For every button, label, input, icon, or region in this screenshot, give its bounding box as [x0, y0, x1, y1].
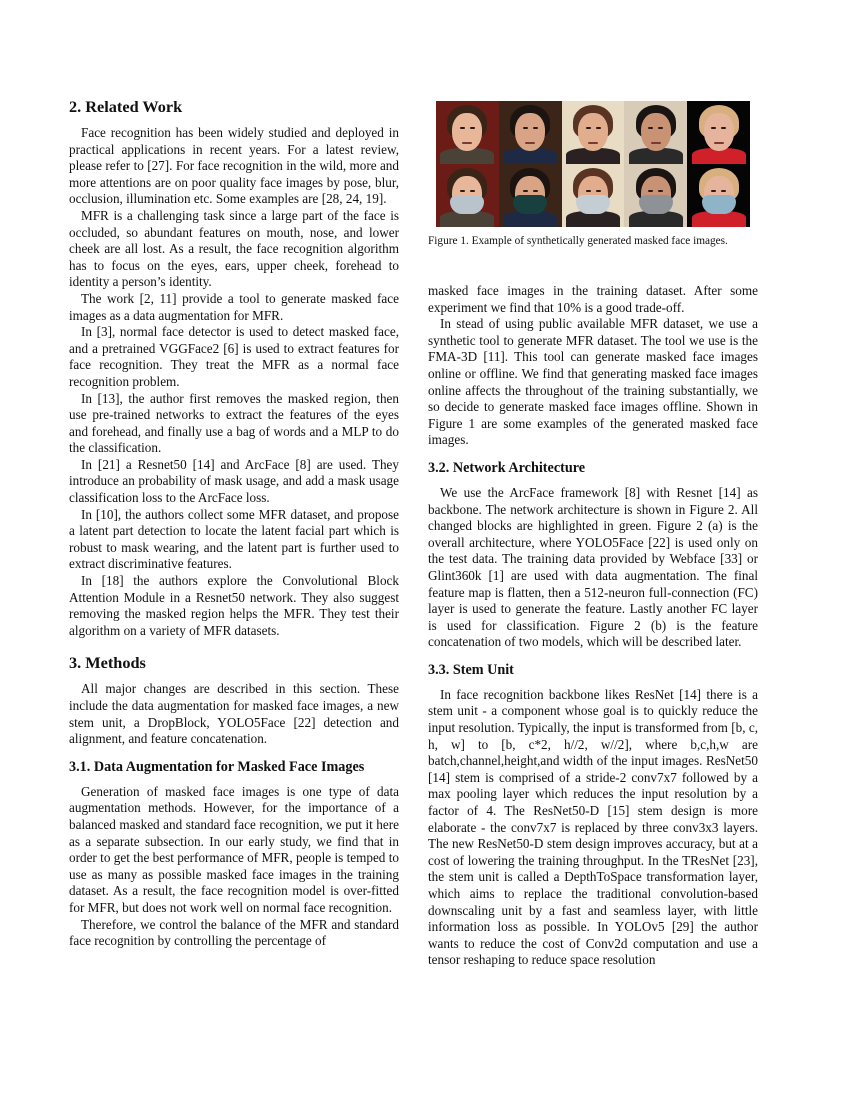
paragraph: All major changes are described in this …: [69, 681, 399, 747]
face-mask: [702, 195, 736, 214]
paragraph: In [10], the authors collect some MFR da…: [69, 507, 399, 573]
paragraph: In [3], normal face detector is used to …: [69, 324, 399, 390]
face-mask: [450, 195, 484, 214]
masked-face-image: [436, 164, 499, 227]
paper-page: 2. Related Work Face recognition has bee…: [0, 0, 850, 1100]
face-mask: [576, 195, 610, 214]
paragraph: MFR is a challenging task since a large …: [69, 208, 399, 291]
right-column: masked face images in the training datas…: [428, 283, 758, 969]
face-mask: [513, 195, 547, 214]
masked-face-image: [624, 164, 687, 227]
paragraph: Generation of masked face images is one …: [69, 784, 399, 917]
paragraph: masked face images in the training datas…: [428, 283, 758, 316]
subsection-heading-data-augmentation: 3.1. Data Augmentation for Masked Face I…: [69, 758, 399, 776]
paragraph: Face recognition has been widely studied…: [69, 125, 399, 208]
original-face-image: [624, 101, 687, 164]
masked-face-image: [687, 164, 750, 227]
subsection-heading-stem-unit: 3.3. Stem Unit: [428, 661, 758, 679]
face-mask: [639, 195, 673, 214]
section-heading-related-work: 2. Related Work: [69, 97, 399, 117]
section-heading-methods: 3. Methods: [69, 653, 399, 673]
paragraph: In [18] the authors explore the Convolut…: [69, 573, 399, 639]
masked-face-image: [562, 164, 625, 227]
paragraph: The work [2, 11] provide a tool to gener…: [69, 291, 399, 324]
original-face-image: [562, 101, 625, 164]
paragraph: Therefore, we control the balance of the…: [69, 917, 399, 950]
paragraph: In stead of using public available MFR d…: [428, 316, 758, 449]
paragraph: In [13], the author first removes the ma…: [69, 391, 399, 457]
left-column: 2. Related Work Face recognition has bee…: [69, 97, 399, 950]
masked-face-image: [499, 164, 562, 227]
subsection-heading-network-architecture: 3.2. Network Architecture: [428, 459, 758, 477]
figure-1-caption: Figure 1. Example of synthetically gener…: [428, 234, 768, 248]
figure-1-masked-faces: [436, 101, 750, 227]
original-face-image: [499, 101, 562, 164]
paragraph: In face recognition backbone likes ResNe…: [428, 687, 758, 969]
paragraph: In [21] a Resnet50 [14] and ArcFace [8] …: [69, 457, 399, 507]
original-face-image: [687, 101, 750, 164]
paragraph: We use the ArcFace framework [8] with Re…: [428, 485, 758, 651]
original-face-image: [436, 101, 499, 164]
